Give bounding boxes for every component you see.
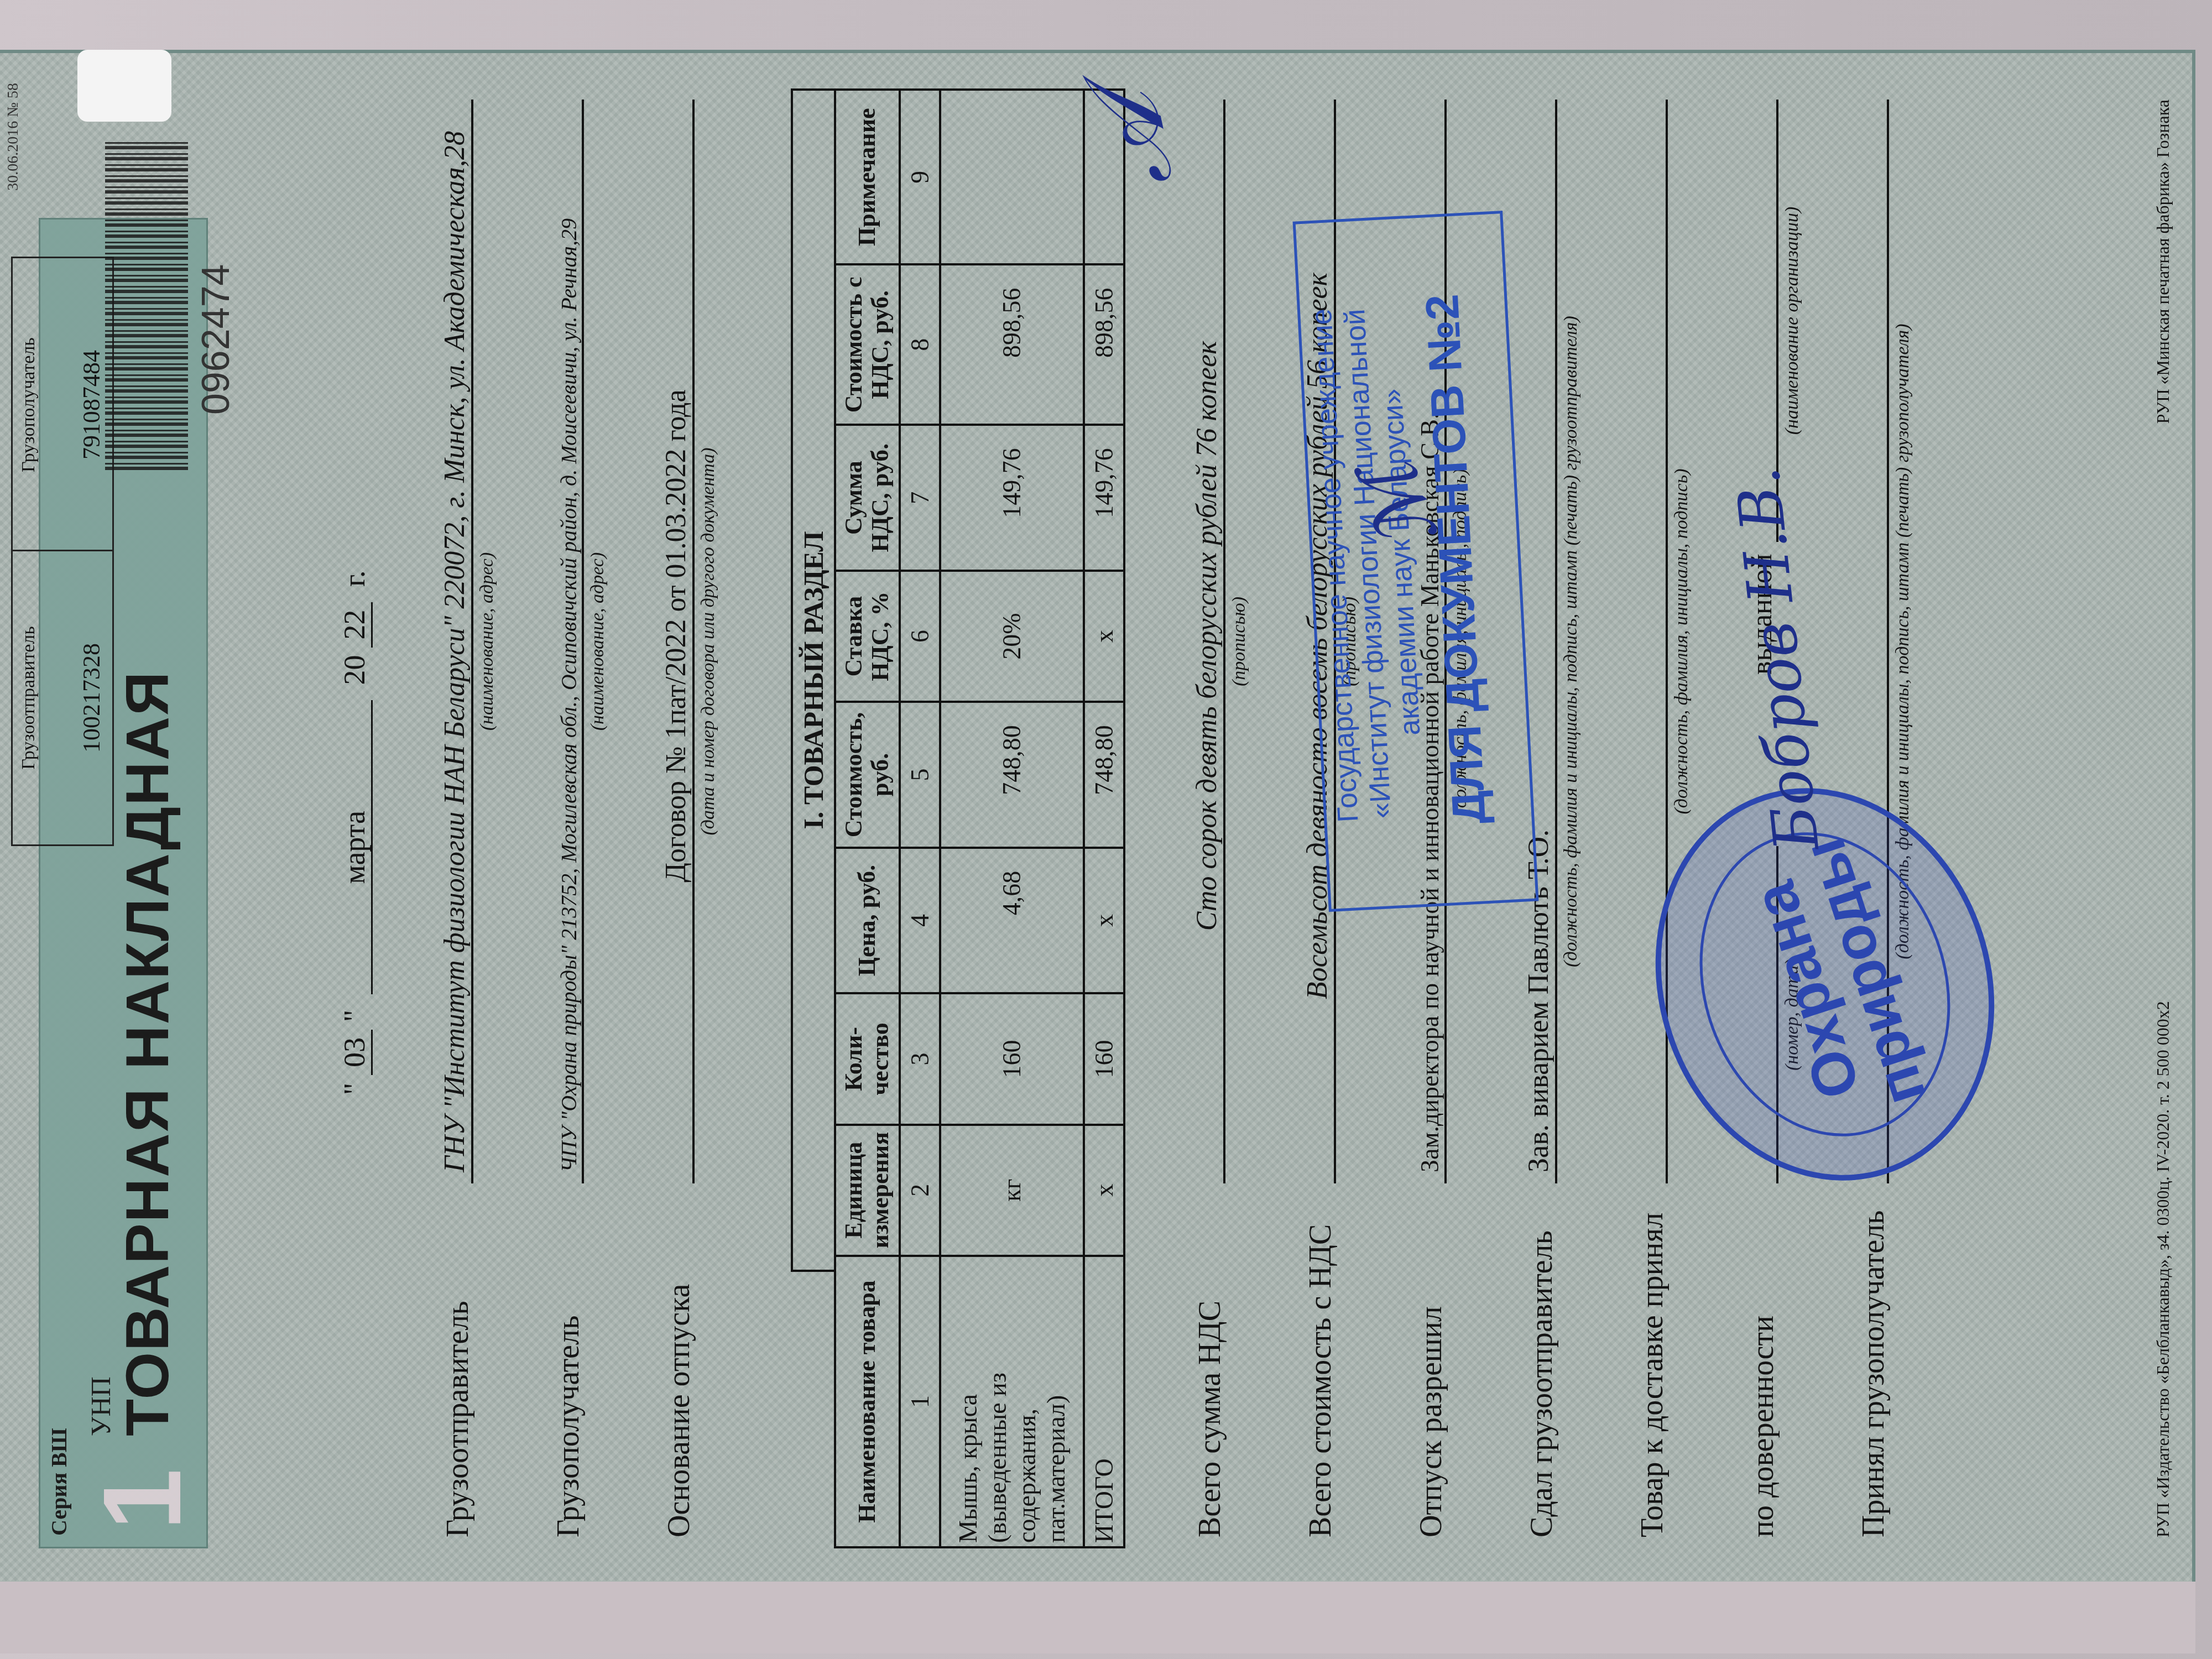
goods-column-numbers: 1 2 3 4 5 6 7 8 9 bbox=[900, 90, 940, 1547]
totals-total: 898,56 bbox=[1084, 264, 1124, 425]
col-number: 3 bbox=[900, 993, 940, 1124]
cost-total-label: Всего стоимость с НДС bbox=[1303, 1224, 1338, 1537]
printer-imprint-right: РУП «Минская печатная фабрика» Гознака bbox=[2153, 100, 2173, 424]
document-header: Серия ВШ 1 УНП ТОВАРНАЯ НАКЛАДНАЯ Грузоо… bbox=[39, 88, 227, 1548]
vat-total-hint: (прописью) bbox=[1229, 100, 1250, 1183]
basis-field: Основание отпуска Договор № 1пат/2022 от… bbox=[636, 100, 719, 1537]
totals-vat-sum: 149,76 bbox=[1084, 425, 1124, 571]
col-header: Ставка НДС, % bbox=[835, 571, 900, 702]
printer-imprint: РУП «Издательство «Белбланкавыд», з4. 03… bbox=[2153, 1001, 2173, 1537]
security-hologram bbox=[77, 50, 171, 122]
item-name: Мышь, крыса (выведенные из содержания, п… bbox=[940, 1256, 1084, 1547]
goods-table: Наименование товара Единица измерения Ко… bbox=[834, 88, 1125, 1548]
vat-total-field: Всего сумма НДС Сто сорок девять белорус… bbox=[1167, 100, 1250, 1537]
consignee-value: ЧПУ "Охрана природы" 213752, Могилевская… bbox=[556, 100, 584, 1183]
col-number: 6 bbox=[900, 571, 940, 702]
copy-number: 1 bbox=[79, 1469, 206, 1530]
unp-receiver-value: 791087484 bbox=[77, 258, 106, 551]
col-header: Стоимость с НДС, руб. bbox=[835, 264, 900, 425]
date-year-prefix: 20 bbox=[338, 655, 371, 685]
vat-total-value: Сто сорок девять белорусских рублей 76 к… bbox=[1191, 100, 1225, 1183]
series-label: Серия ВШ bbox=[46, 1428, 72, 1536]
totals-quantity: 160 bbox=[1084, 993, 1124, 1124]
accepted-for-delivery-label: Товар к доставке принял bbox=[1635, 1213, 1670, 1537]
col-header: Наименование товара bbox=[835, 1256, 900, 1547]
received-by-label: Принял грузополучатель bbox=[1856, 1210, 1891, 1537]
consignee-label: Грузополучатель bbox=[551, 1316, 586, 1537]
document-date: "03" марта 2022 г. bbox=[337, 563, 372, 1095]
consignee-hint: (наименование, адрес) bbox=[587, 100, 608, 1183]
shipper-label: Грузоотправитель bbox=[440, 1301, 476, 1537]
date-day: 03 bbox=[338, 1030, 373, 1075]
table-row: Мышь, крыса (выведенные из содержания, п… bbox=[940, 90, 1084, 1547]
col-number: 9 bbox=[900, 90, 940, 264]
item-total: 898,56 bbox=[940, 264, 1084, 425]
totals-row: ИТОГО х 160 х 748,80 х 149,76 898,56 bbox=[1084, 90, 1124, 1547]
item-vat-rate: 20% bbox=[940, 571, 1084, 702]
col-header: Единица измерения bbox=[835, 1125, 900, 1256]
date-month: марта bbox=[338, 700, 373, 994]
col-number: 7 bbox=[900, 425, 940, 571]
totals-price: х bbox=[1084, 848, 1124, 994]
accepted-for-delivery-field: Товар к доставке принял (должность, фами… bbox=[1609, 100, 1692, 1537]
col-header: Коли-чество bbox=[835, 993, 900, 1124]
institute-stamp: Государственное научное учреждение «Инст… bbox=[1293, 211, 1539, 912]
item-unit: кг bbox=[940, 1125, 1084, 1256]
unp-sender-caption: Грузоотправитель bbox=[18, 551, 39, 844]
unp-receiver-cell: Грузополучатель 791087484 bbox=[13, 258, 112, 551]
released-by-label: Отпуск разрешил bbox=[1413, 1306, 1449, 1537]
date-year-unit: г. bbox=[338, 571, 371, 587]
totals-vat-rate: х bbox=[1084, 571, 1124, 702]
document-title: ТОВАРНАЯ НАКЛАДНАЯ bbox=[112, 671, 182, 1436]
item-cost: 748,80 bbox=[940, 702, 1084, 848]
shipper-hint: (наименование, адрес) bbox=[477, 100, 498, 1183]
serial-number: 0962474 bbox=[194, 264, 238, 415]
col-header: Сумма НДС, руб. bbox=[835, 425, 900, 571]
col-number: 5 bbox=[900, 702, 940, 848]
item-vat-sum: 149,76 bbox=[940, 425, 1084, 571]
col-header: Цена, руб. bbox=[835, 848, 900, 994]
unp-receiver-caption: Грузополучатель bbox=[18, 258, 39, 551]
date-year-suffix: 22 bbox=[338, 602, 373, 648]
basis-label: Основание отпуска bbox=[661, 1284, 697, 1537]
power-of-attorney-label: по доверенности bbox=[1745, 1316, 1781, 1537]
col-header: Примечание bbox=[835, 90, 900, 264]
form-approval-code: 30.06.2016 № 58 bbox=[4, 83, 22, 191]
consignee-field: Грузополучатель ЧПУ "Охрана природы" 213… bbox=[525, 100, 608, 1537]
goods-section-title: I. ТОВАРНЫЙ РАЗДЕЛ bbox=[791, 88, 834, 1272]
shipper-field: Грузоотправитель ГНУ "Институт физиологи… bbox=[415, 100, 498, 1537]
handed-by-hint: (должность, фамилия и инициалы, подпись,… bbox=[1561, 100, 1582, 1183]
item-note bbox=[940, 90, 1084, 264]
col-number: 2 bbox=[900, 1125, 940, 1256]
handed-by-label: Сдал грузоотправитель bbox=[1524, 1230, 1559, 1537]
col-header: Стоимость, руб. bbox=[835, 702, 900, 848]
col-number: 8 bbox=[900, 264, 940, 425]
handed-by-value: Зав. виварием Павлють Т.О. bbox=[1522, 100, 1557, 1183]
unp-box: Грузоотправитель 100217328 Грузополучате… bbox=[11, 257, 114, 846]
signature-loop: 𝒜 bbox=[1066, 85, 1197, 197]
goods-section: I. ТОВАРНЫЙ РАЗДЕЛ Наименование товара Е… bbox=[791, 88, 1125, 1548]
waybill-document: 30.06.2016 № 58 Серия ВШ 1 УНП ТОВАРНАЯ … bbox=[0, 50, 2195, 1653]
item-quantity: 160 bbox=[940, 993, 1084, 1124]
totals-unit: х bbox=[1084, 1125, 1124, 1256]
item-price: 4,68 bbox=[940, 848, 1084, 994]
col-number: 4 bbox=[900, 848, 940, 994]
totals-label: ИТОГО bbox=[1084, 1256, 1124, 1547]
col-number: 1 bbox=[900, 1256, 940, 1547]
tear-off-stub bbox=[0, 1582, 2195, 1653]
basis-hint: (дата и номер договора или другого докум… bbox=[698, 100, 719, 1183]
shipper-value: ГНУ "Институт физиологии НАН Беларуси" 2… bbox=[439, 100, 473, 1183]
vat-total-label: Всего сумма НДС bbox=[1192, 1301, 1228, 1537]
totals-cost: 748,80 bbox=[1084, 702, 1124, 848]
basis-value: Договор № 1пат/2022 от 01.03.2022 года bbox=[660, 100, 695, 1183]
unp-sender-cell: Грузоотправитель 100217328 bbox=[13, 550, 112, 844]
barcode bbox=[105, 138, 188, 470]
unp-sender-value: 100217328 bbox=[77, 551, 106, 844]
goods-header-row: Наименование товара Единица измерения Ко… bbox=[835, 90, 900, 1547]
